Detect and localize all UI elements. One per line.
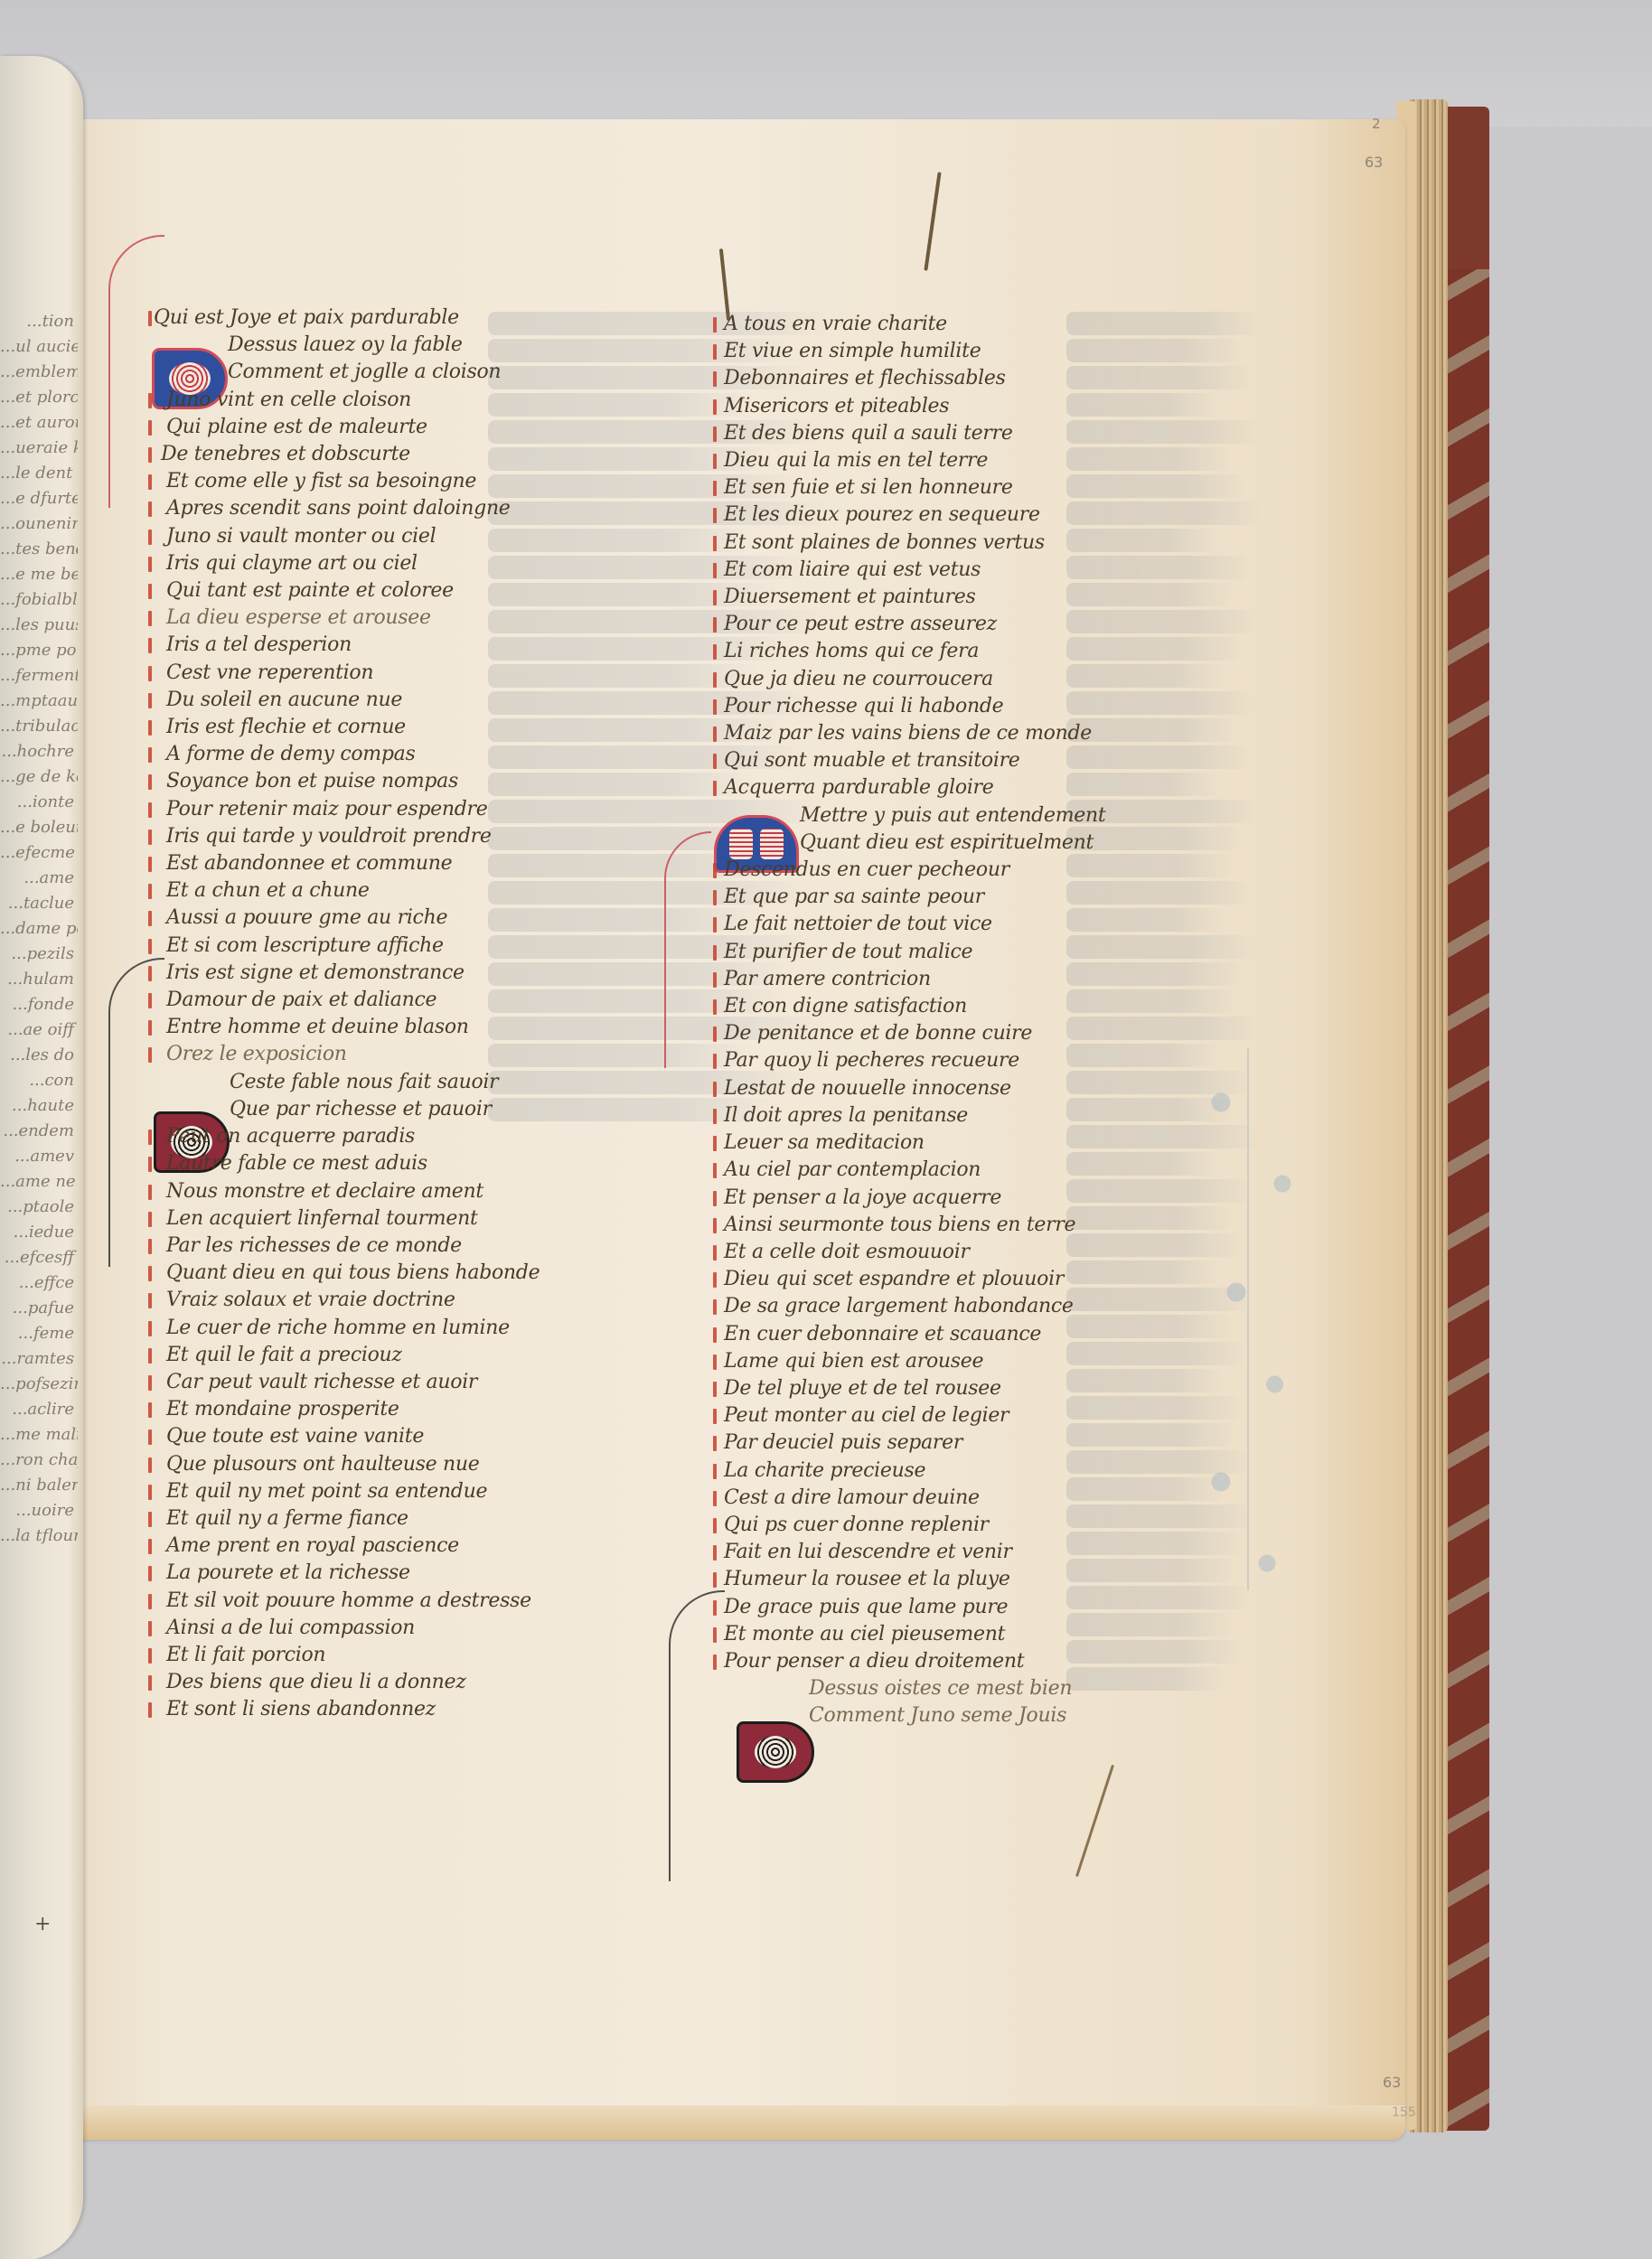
verse-line: Iris qui tarde y vouldroit prendre — [154, 823, 540, 850]
verse-line: Du soleil en aucune nue — [154, 687, 540, 714]
verso-line: ...hochre — [0, 739, 78, 764]
verse-line: Quant dieu est espirituelment — [718, 830, 1105, 857]
verse-line: Et come elle y fist sa besoingne — [154, 468, 540, 495]
verse-line: Misericors et piteables — [718, 393, 1105, 420]
verse-line: Comment et joglle a cloison — [154, 359, 540, 386]
verso-line: ...tes bende — [0, 537, 78, 562]
verse-line: Soyance bon et puise nompas — [154, 768, 540, 795]
verse-line: Le fait nettoier de tout vice — [718, 911, 1105, 938]
verso-line: ...efcesff — [0, 1245, 78, 1270]
verso-line: ...haute — [0, 1093, 78, 1119]
verse-line: Leuer sa meditacion — [718, 1129, 1105, 1157]
verse-line: Li riches homs qui ce fera — [718, 638, 1105, 665]
verse-line: Par deuciel puis separer — [718, 1429, 1105, 1457]
folio-number-top-upper: 2 — [1372, 116, 1381, 132]
verso-line: ...iedue — [0, 1220, 78, 1245]
left-text-column: Qui est Joye et paix pardurable Dessus l… — [154, 305, 540, 1724]
verse-line: Diuersement et paintures — [718, 584, 1105, 611]
verse-line: Des biens que dieu li a donnez — [154, 1669, 540, 1696]
verse-line: Lautre fable ce mest aduis — [154, 1150, 540, 1177]
verse-line: Nous monstre et declaire ament — [154, 1178, 540, 1205]
verse-line: Et si com lescripture affiche — [154, 933, 540, 960]
verse-line: Par quoy li pecheres recueure — [718, 1047, 1105, 1074]
verso-line: ...feme — [0, 1321, 78, 1346]
verse-line: Ceste fable nous fait sauoir — [154, 1069, 540, 1096]
verse-line: Dieu qui la mis en tel terre — [718, 447, 1105, 474]
verso-line: ...e dfurte — [0, 486, 78, 511]
verse-line: De tenebres et dobscurte — [154, 441, 540, 468]
verse-line: Et sont plaines de bonnes vertus — [718, 530, 1105, 557]
verse-line: Au ciel par contemplacion — [718, 1157, 1105, 1184]
verse-line: Ame prent en royal pascience — [154, 1533, 540, 1560]
verse-line: Ainsi a de lui compassion — [154, 1615, 540, 1642]
verse-line: Apres scendit sans point daloingne — [154, 495, 540, 522]
verse-line: Aussi a pouure gme au riche — [154, 905, 540, 932]
verse-line: Vraiz solaux et vraie doctrine — [154, 1287, 540, 1314]
verse-line: Et monte au ciel pieusement — [718, 1621, 1105, 1648]
verse-line: Quant dieu en qui tous biens habonde — [154, 1260, 540, 1287]
verso-line: ...pofsezire — [0, 1372, 78, 1397]
verse-line: Iris qui clayme art ou ciel — [154, 550, 540, 577]
verse-line: Mettre y puis aut entendement — [718, 802, 1105, 830]
verse-line: Que plusours ont haulteuse nue — [154, 1451, 540, 1478]
verse-line: Iris a tel desperion — [154, 632, 540, 659]
verse-line: Et penser a la joye acquerre — [718, 1185, 1105, 1212]
binding-top-corner — [1444, 107, 1489, 269]
verse-line: Lestat de nouuelle innocense — [718, 1075, 1105, 1102]
verse-line: Est abandonnee et commune — [154, 850, 540, 877]
verso-line: ...fonde — [0, 992, 78, 1017]
verse-line: Maiz par les vains biens de ce monde — [718, 720, 1105, 747]
verse-line: De grace puis que lame pure — [718, 1594, 1105, 1621]
verse-line: Qui plaine est de maleurte — [154, 414, 540, 441]
verso-line: ...ionte — [0, 790, 78, 815]
red-penwork-flourish — [664, 831, 711, 1068]
verse-line: Iris est flechie et cornue — [154, 714, 540, 741]
right-text-column: A tous en vraie charite Et viue en simpl… — [718, 311, 1105, 1730]
initial-D-maroon — [737, 1721, 814, 1783]
verse-line: Dessus oistes ce mest bien — [718, 1675, 1105, 1702]
verse-line: En cuer debonnaire et scauance — [718, 1321, 1105, 1348]
verse-line: De sa grace largement habondance — [718, 1293, 1105, 1320]
verso-line: ...dame pe — [0, 916, 78, 942]
recto-page-bottom-edge — [54, 2105, 1405, 2140]
folio-number-bottom: 63 — [1383, 2074, 1401, 2091]
verse-line: Entre homme et deuine blason — [154, 1014, 540, 1041]
verse-line: Cest vne reperention — [154, 660, 540, 687]
verso-line: ...ge de kehn — [0, 764, 78, 790]
verso-line: ...et aurouse — [0, 410, 78, 436]
verso-line: ...me malic — [0, 1422, 78, 1448]
verse-line: Que toute est vaine vanite — [154, 1423, 540, 1450]
verse-line: Orez le exposicion — [154, 1041, 540, 1068]
verso-line: ...ame ne — [0, 1169, 78, 1195]
verse-line: Et des biens quil a sauli terre — [718, 420, 1105, 447]
verso-line: ...taclue — [0, 891, 78, 916]
verse-line: Debonnaires et flechissables — [718, 365, 1105, 392]
verse-line: Et com liaire qui est vetus — [718, 557, 1105, 584]
verse-line: Et purifier de tout malice — [718, 939, 1105, 966]
verse-line: Que par richesse et pauoir — [154, 1096, 540, 1123]
verse-line: Et quil le fait a preciouz — [154, 1342, 540, 1369]
verse-line: Et li fait porcion — [154, 1642, 540, 1669]
verse-line: Et quil ny a ferme fiance — [154, 1505, 540, 1533]
verse-line: De penitance et de bonne cuire — [718, 1020, 1105, 1047]
verso-line: ...ron chaf — [0, 1448, 78, 1473]
verso-line: ...con — [0, 1068, 78, 1093]
verso-line: ...ame — [0, 866, 78, 891]
verso-line: ...et plorcuse — [0, 385, 78, 410]
show-through-vine-border — [1175, 1048, 1328, 1590]
verso-line: ...emblem quon — [0, 360, 78, 385]
verse-line: Le cuer de riche homme en lumine — [154, 1315, 540, 1342]
verse-line: Damour de paix et daliance — [154, 987, 540, 1014]
verse-line: Descendus en cuer pecheour — [718, 857, 1105, 884]
verse-line: Et con digne satisfaction — [718, 993, 1105, 1020]
verse-line: Qui sont muable et transitoire — [718, 747, 1105, 774]
verso-line: ...ueraie kpoui — [0, 436, 78, 461]
verse-line: Qui est Joye et paix pardurable — [154, 305, 540, 332]
verse-line: La charite precieuse — [718, 1458, 1105, 1485]
verse-line: De tel pluye et de tel rousee — [718, 1375, 1105, 1402]
verse-line: Pour richesse qui li habonde — [718, 693, 1105, 720]
verse-line: Ainsi seurmonte tous biens en terre — [718, 1212, 1105, 1239]
verse-line: Fait en lui descendre et venir — [718, 1539, 1105, 1566]
verso-line: ...pme pour — [0, 638, 78, 663]
verse-line: Et a celle doit esmouuoir — [718, 1239, 1105, 1266]
verse-line: Pour retenir maiz pour espendre — [154, 796, 540, 823]
folio-number-top: 63 — [1365, 154, 1383, 171]
verse-line: Pour penser a dieu droitement — [718, 1648, 1105, 1675]
verso-line: ...amev — [0, 1144, 78, 1169]
verse-line: Dessus lauez oy la fable — [154, 332, 540, 359]
verse-line: Juno si vault monter ou ciel — [154, 523, 540, 550]
folio-number-bottom-faint: 155 — [1392, 2105, 1416, 2120]
verso-line: ...hulam — [0, 967, 78, 992]
verse-line: Il doit apres la penitanse — [718, 1102, 1105, 1129]
verse-line: Et sen fuie et si len honneure — [718, 474, 1105, 501]
verso-line: ...efecme — [0, 840, 78, 866]
verso-text: ...tion ...ul aucien ...emblem quon ...e… — [0, 309, 78, 1549]
book-binding — [1444, 107, 1489, 2131]
verso-line: ...les do — [0, 1043, 78, 1068]
verse-line: Qui ps cuer donne replenir — [718, 1512, 1105, 1539]
verse-line: A forme de demy compas — [154, 741, 540, 768]
verso-line: ...les puus — [0, 613, 78, 638]
verso-line: ...tribulacions — [0, 714, 78, 739]
verse-line: Cest a dire lamour deuine — [718, 1485, 1105, 1512]
verse-line: Qui tant est painte et coloree — [154, 577, 540, 605]
verso-bottom-mark: + — [34, 1913, 51, 1936]
verse-line: Len acquiert linfernal tourment — [154, 1205, 540, 1233]
verse-line: Humeur la rousee et la pluye — [718, 1566, 1105, 1593]
verso-line: ...e me bedu — [0, 562, 78, 587]
verso-line: ...la tflour — [0, 1523, 78, 1549]
verse-line: Et sont li siens abandonnez — [154, 1696, 540, 1723]
verso-line: ...ramtes — [0, 1346, 78, 1372]
verse-line: Par amere contricion — [718, 966, 1105, 993]
verso-line: ...endem — [0, 1119, 78, 1144]
verso-line: ...ae oiff — [0, 1017, 78, 1043]
verse-line: Lame qui bien est arousee — [718, 1348, 1105, 1375]
verso-line: ...ul aucien — [0, 334, 78, 360]
verse-line: Et quil ny met point sa entendue — [154, 1478, 540, 1505]
verso-line: ...pafue — [0, 1296, 78, 1321]
verse-line: Peut monter au ciel de legier — [718, 1402, 1105, 1429]
verse-line: Iris est signe et demonstrance — [154, 960, 540, 987]
verso-page-curl: ...tion ...ul aucien ...emblem quon ...e… — [0, 56, 83, 2259]
verse-line: Et mondaine prosperite — [154, 1396, 540, 1423]
verso-line: ...e boleut — [0, 815, 78, 840]
verso-line: ...uoire — [0, 1498, 78, 1523]
verso-line: ...ferment — [0, 663, 78, 689]
verso-line: ...le dent aucc — [0, 461, 78, 486]
verso-line: ...aclire — [0, 1397, 78, 1422]
verse-line: Et a chun et a chune — [154, 877, 540, 905]
verse-line: La pourete et la richesse — [154, 1560, 540, 1587]
verso-line: ...fobialble — [0, 587, 78, 613]
verse-line: Et les dieux pourez en sequeure — [718, 501, 1105, 529]
verso-line: ...ni baler — [0, 1473, 78, 1498]
verse-line: Car peut vault richesse et auoir — [154, 1369, 540, 1396]
initial-core-pattern — [755, 1736, 796, 1768]
verso-line: ...mptaau — [0, 689, 78, 714]
verse-line: Acquerra pardurable gloire — [718, 774, 1105, 801]
verse-line: Comment Juno seme Jouis — [718, 1702, 1105, 1729]
verso-line: ...ounenire — [0, 511, 78, 537]
verse-line: Et viue en simple humilite — [718, 338, 1105, 365]
verse-line: Et que par sa sainte peour — [718, 884, 1105, 911]
verse-line: La dieu esperse et arousee — [154, 605, 540, 632]
verse-line: Dieu qui scet espandre et plouuoir — [718, 1266, 1105, 1293]
verse-line: A tous en vraie charite — [718, 311, 1105, 338]
verse-line: Que ja dieu ne courroucera — [718, 666, 1105, 693]
verse-line: Et sil voit pouure homme a destresse — [154, 1588, 540, 1615]
verse-line: Juno vint en celle cloison — [154, 387, 540, 414]
verse-line: Pour ce peut estre asseurez — [718, 611, 1105, 638]
verso-line: ...tion — [0, 309, 78, 334]
verse-line: Par les richesses de ce monde — [154, 1233, 540, 1260]
verse-line: Peut on acquerre paradis — [154, 1123, 540, 1150]
verso-line: ...effce — [0, 1270, 78, 1296]
verso-line: ...ptaole — [0, 1195, 78, 1220]
verso-line: ...pezils — [0, 942, 78, 967]
